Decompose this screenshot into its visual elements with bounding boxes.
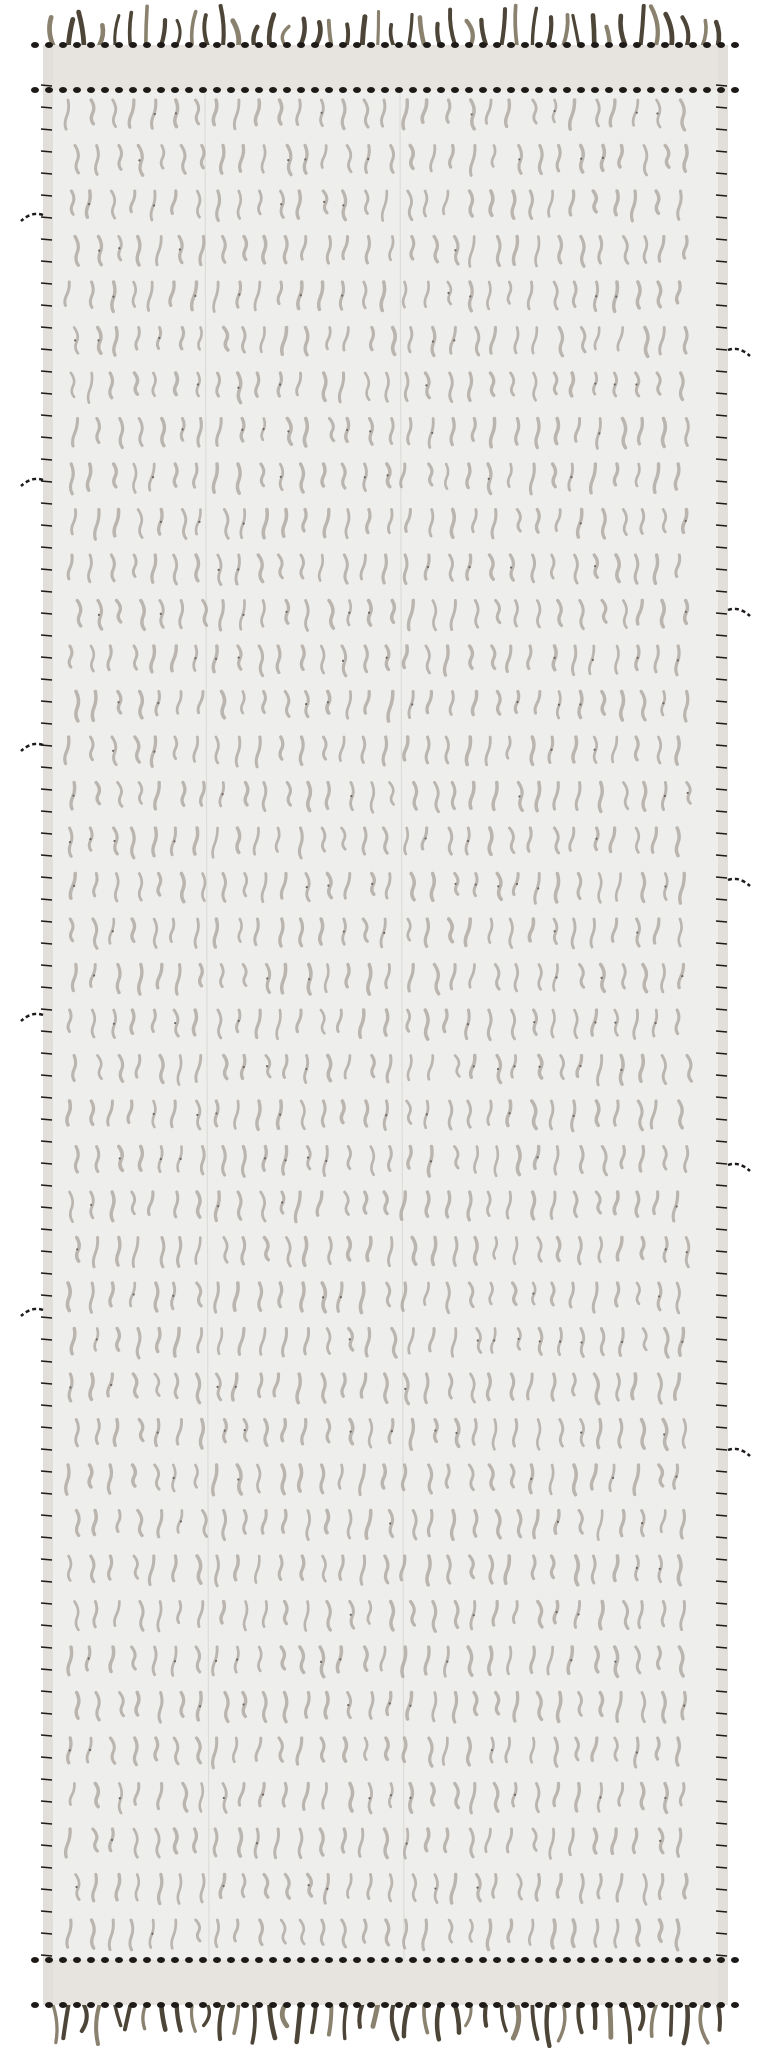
bottom-fringe <box>53 2005 720 2046</box>
rug-photo <box>0 0 767 2048</box>
bottom-kilim-band <box>43 1960 728 2005</box>
top-kilim-band <box>43 45 728 90</box>
top-fringe <box>49 6 719 45</box>
